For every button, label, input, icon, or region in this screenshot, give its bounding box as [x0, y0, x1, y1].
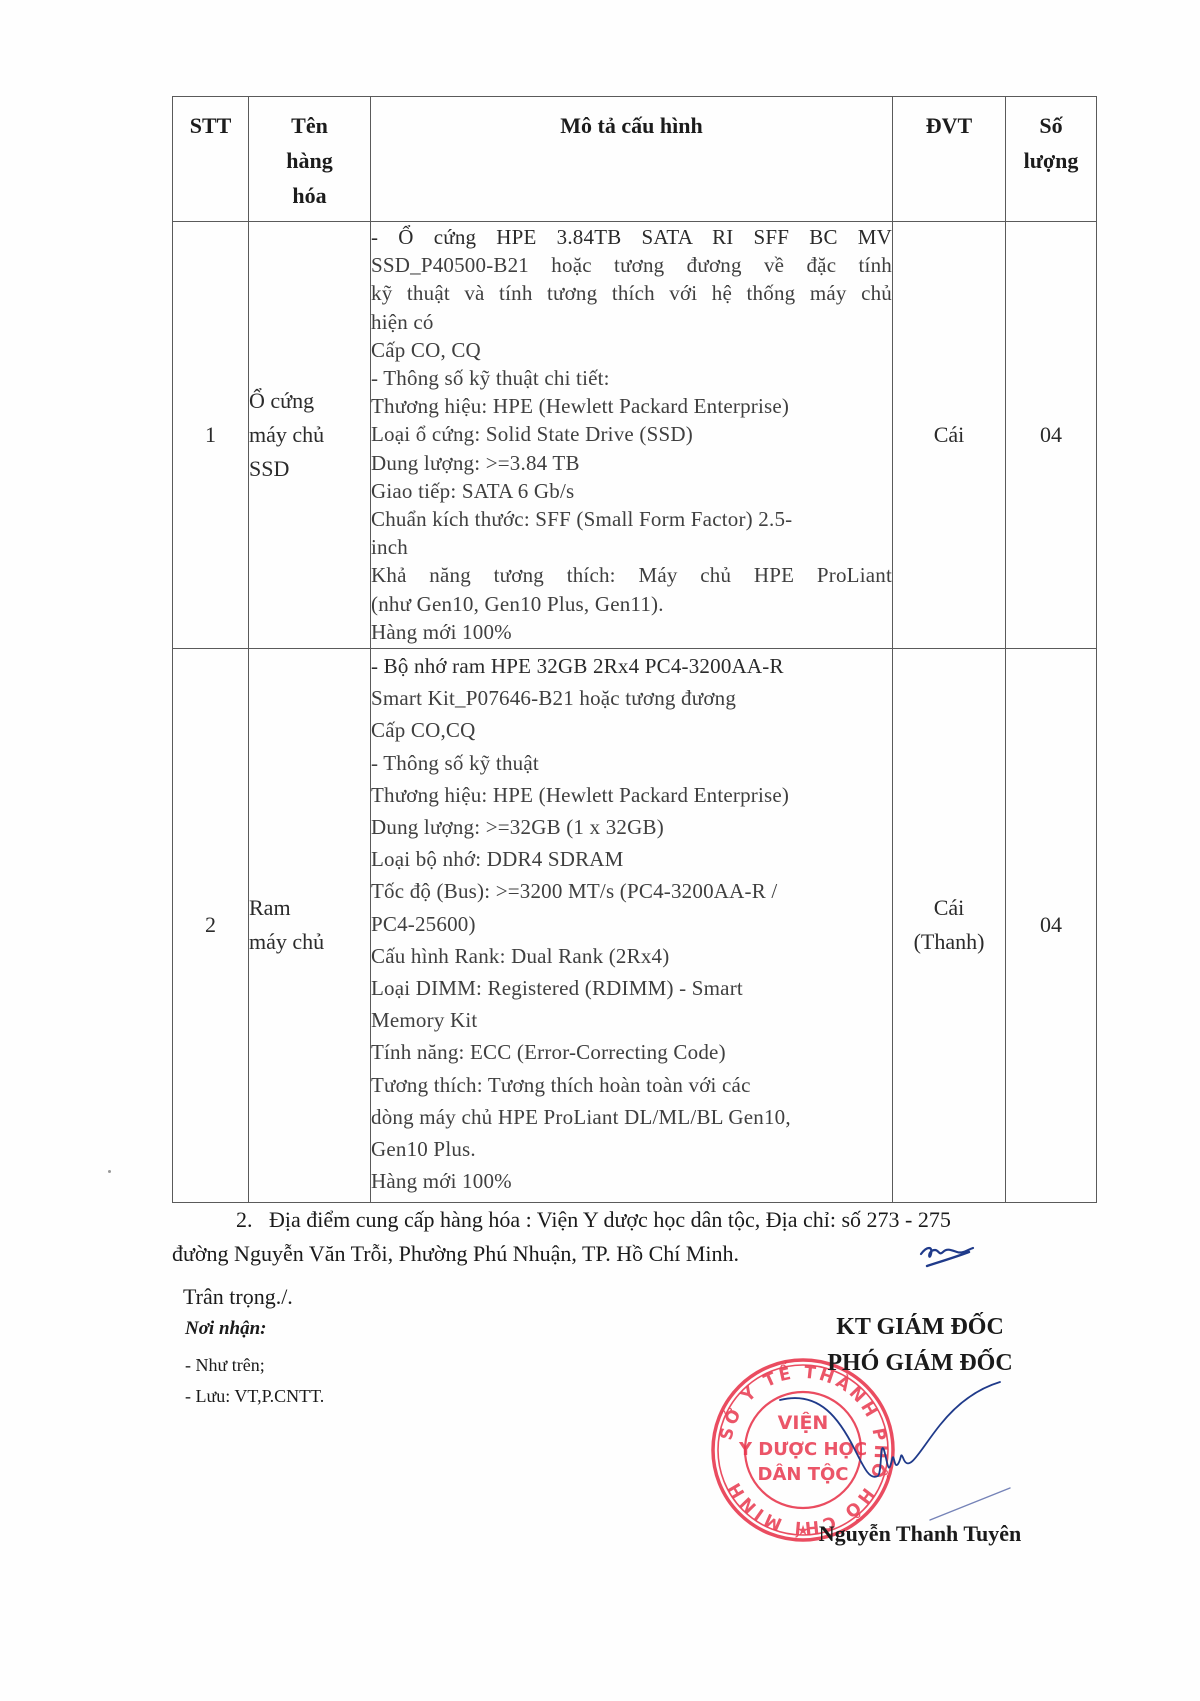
description-line: hiện có — [371, 308, 892, 336]
description-line: Memory Kit — [371, 1004, 892, 1036]
header-quantity-line: Số — [1006, 108, 1096, 143]
header-quantity: Số lượng — [1006, 97, 1097, 222]
item-name-line: Ổ cứng — [249, 384, 370, 418]
signature-title-2: PHÓ GIÁM ĐỐC — [790, 1350, 1050, 1377]
row-item-name: Ổ cứng máy chủ SSD — [249, 222, 371, 649]
table-header-row: STT Tên hàng hóa Mô tả cấu hình ĐVT Số l… — [173, 97, 1097, 222]
handwritten-signature-icon — [770, 1380, 1020, 1540]
description-line: Gen10 Plus. — [371, 1133, 892, 1165]
header-stt: STT — [173, 97, 249, 222]
description-line: Thương hiệu: HPE (Hewlett Packard Enterp… — [371, 392, 892, 420]
description-line: Dung lượng: >=32GB (1 x 32GB) — [371, 811, 892, 843]
item-name-line: máy chủ — [249, 418, 370, 452]
row-unit: Cái (Thanh) — [893, 649, 1006, 1202]
unit-line: (Thanh) — [893, 925, 1005, 959]
handwritten-initials-icon — [917, 1240, 977, 1272]
description-line: PC4-25600) — [371, 908, 892, 940]
description-line: - Bộ nhớ ram HPE 32GB 2Rx4 PC4-3200AA-R — [371, 650, 892, 682]
row-stt: 1 — [173, 222, 249, 649]
description-line: kỹ thuật và tính tương thích với hệ thốn… — [371, 279, 892, 307]
description-line: Giao tiếp: SATA 6 Gb/s — [371, 477, 892, 505]
description-line: Thương hiệu: HPE (Hewlett Packard Enterp… — [371, 779, 892, 811]
recipients-title: Nơi nhận: — [185, 1318, 266, 1340]
row-stt: 2 — [173, 649, 249, 1202]
header-item-name-line: hóa — [249, 178, 370, 213]
description-line: dòng máy chủ HPE ProLiant DL/ML/BL Gen10… — [371, 1101, 892, 1133]
document-page: STT Tên hàng hóa Mô tả cấu hình ĐVT Số l… — [0, 0, 1200, 1701]
row-unit: Cái — [893, 222, 1006, 649]
recipient-item: - Lưu: VT,P.CNTT. — [185, 1386, 324, 1407]
description-line: Chuẩn kích thước: SFF (Small Form Factor… — [371, 505, 892, 533]
signature-title-1: KT GIÁM ĐỐC — [790, 1314, 1050, 1341]
description-line: - Ổ cứng HPE 3.84TB SATA RI SFF BC MV — [371, 223, 892, 251]
header-unit: ĐVT — [893, 97, 1006, 222]
unit-line: Cái — [893, 891, 1005, 925]
description-line: Loại ổ cứng: Solid State Drive (SSD) — [371, 420, 892, 448]
scan-speck — [108, 1170, 111, 1173]
description-line: Loại bộ nhớ: DDR4 SDRAM — [371, 843, 892, 875]
description-line: Cấp CO,CQ — [371, 714, 892, 746]
description-line: Cấu hình Rank: Dual Rank (2Rx4) — [371, 940, 892, 972]
description-line: - Thông số kỹ thuật — [371, 747, 892, 779]
goods-spec-table: STT Tên hàng hóa Mô tả cấu hình ĐVT Số l… — [172, 96, 1097, 1203]
description-line: Tương thích: Tương thích hoàn toàn với c… — [371, 1069, 892, 1101]
item-name-line: SSD — [249, 452, 370, 486]
description-line: - Thông số kỹ thuật chi tiết: — [371, 364, 892, 392]
header-item-name-line: hàng — [249, 143, 370, 178]
recipient-item: - Như trên; — [185, 1355, 265, 1376]
header-description: Mô tả cấu hình — [371, 97, 893, 222]
description-line: Hàng mới 100% — [371, 1165, 892, 1197]
description-line: Tốc độ (Bus): >=3200 MT/s (PC4-3200AA-R … — [371, 875, 892, 907]
description-line: inch — [371, 533, 892, 561]
description-line: Dung lượng: >=3.84 TB — [371, 449, 892, 477]
header-item-name: Tên hàng hóa — [249, 97, 371, 222]
signer-name: Nguyễn Thanh Tuyên — [785, 1521, 1055, 1547]
header-quantity-line: lượng — [1006, 143, 1096, 178]
description-line: (như Gen10, Gen10 Plus, Gen11). — [371, 590, 892, 618]
description-line: Tính năng: ECC (Error-Correcting Code) — [371, 1036, 892, 1068]
row-description: - Ổ cứng HPE 3.84TB SATA RI SFF BC MVSSD… — [371, 222, 893, 649]
closing-text: Trân trọng./. — [183, 1280, 293, 1314]
delivery-location-line-2: đường Nguyễn Văn Trỗi, Phường Phú Nhuận,… — [172, 1237, 739, 1271]
row-quantity: 04 — [1006, 649, 1097, 1202]
item-name-line: máy chủ — [249, 925, 370, 959]
description-line: Hàng mới 100% — [371, 618, 892, 646]
item-name-line: Ram — [249, 891, 370, 925]
row-item-name: Ram máy chủ — [249, 649, 371, 1202]
table-row: 2 Ram máy chủ - Bộ nhớ ram HPE 32GB 2Rx4… — [173, 649, 1097, 1202]
delivery-location-line-1: 2. Địa điểm cung cấp hàng hóa : Viện Y d… — [236, 1203, 1116, 1237]
description-line: Cấp CO, CQ — [371, 336, 892, 364]
description-line: SSD_P40500-B21 hoặc tương đương về đặc t… — [371, 251, 892, 279]
row-quantity: 04 — [1006, 222, 1097, 649]
row-description: - Bộ nhớ ram HPE 32GB 2Rx4 PC4-3200AA-RS… — [371, 649, 893, 1202]
description-line: Khả năng tương thích: Máy chủ HPE ProLia… — [371, 561, 892, 589]
unit-line: Cái — [893, 418, 1005, 452]
description-line: Loại DIMM: Registered (RDIMM) - Smart — [371, 972, 892, 1004]
table-row: 1 Ổ cứng máy chủ SSD - Ổ cứng HPE 3.84TB… — [173, 222, 1097, 649]
header-item-name-line: Tên — [249, 108, 370, 143]
description-line: Smart Kit_P07646-B21 hoặc tương đương — [371, 682, 892, 714]
